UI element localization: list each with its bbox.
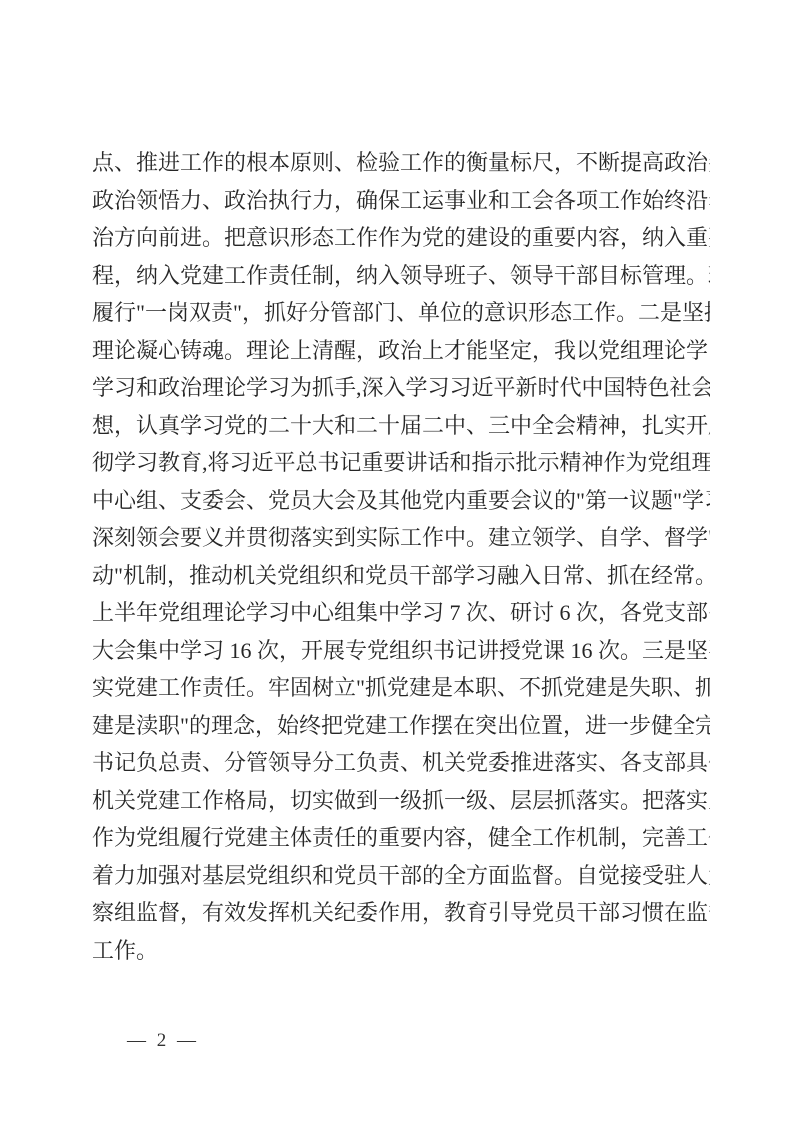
text-line: 书记负总责、分管领导分工负责、机关党委推进落实、各支部具体落实的 — [92, 744, 710, 782]
text-line: 动"机制，推动机关党组织和党员干部学习融入日常、抓在经常。2025 年 — [92, 557, 710, 595]
text-line: 理论凝心铸魂。理论上清醒，政治上才能坚定，我以党组理论学习中心组 — [92, 332, 710, 370]
text-line: 点、推进工作的根本原则、检验工作的衡量标尺，不断提高政治判断力、 — [92, 144, 710, 182]
text-line: 察组监督，有效发挥机关纪委作用，教育引导党员干部习惯在监督下开展 — [92, 894, 710, 932]
page-number: — 2 — — [127, 1026, 199, 1056]
text-line: 着力加强对基层党组织和党员干部的全方面监督。自觉接受驻人大纪检监 — [92, 857, 710, 895]
text-line: 建是渎职"的理念，始终把党建工作摆在突出位置，进一步健全完善党组 — [92, 707, 710, 745]
text-line: 治方向前进。把意识形态工作作为党的建设的重要内容，纳入重要议事日 — [92, 219, 710, 257]
body-text-block: 点、推进工作的根本原则、检验工作的衡量标尺，不断提高政治判断力、 政治领悟力、政… — [92, 144, 710, 969]
text-line: 实党建工作责任。牢固树立"抓党建是本职、不抓党建是失职、抓不好党 — [92, 669, 710, 707]
text-line: 学习和政治理论学习为抓手,深入学习习近平新时代中国特色社会主义思 — [92, 369, 710, 407]
text-line: 程，纳入党建工作责任制，纳入领导班子、领导干部目标管理。班子成员 — [92, 257, 710, 295]
text-line: 履行"一岗双责"，抓好分管部门、单位的意识形态工作。二是坚持用党的 — [92, 294, 710, 332]
text-line: 作为党组履行党建主体责任的重要内容，健全工作机制，完善工作制度， — [92, 819, 710, 857]
text-line: 彻学习教育,将习近平总书记重要讲话和指示批示精神作为党组理论学习 — [92, 444, 710, 482]
document-page: 点、推进工作的根本原则、检验工作的衡量标尺，不断提高政治判断力、 政治领悟力、政… — [0, 0, 793, 1122]
text-line: 想，认真学习党的二十大和二十届二中、三中全会精神，扎实开展深入贯 — [92, 407, 710, 445]
text-line: 大会集中学习 16 次，开展专党组织书记讲授党课 16 次。三是坚决压紧压 — [92, 632, 710, 670]
text-line: 上半年党组理论学习中心组集中学习 7 次、研讨 6 次，各党支部召开党员 — [92, 594, 710, 632]
text-line: 工作。 — [92, 932, 710, 970]
text-line: 中心组、支委会、党员大会及其他党内重要会议的"第一议题"学习内容， — [92, 482, 710, 520]
text-line: 机关党建工作格局，切实做到一级抓一级、层层抓落实。把落实监督责任 — [92, 782, 710, 820]
text-line: 政治领悟力、政治执行力，确保工运事业和工会各项工作始终沿着正确政 — [92, 182, 710, 220]
text-line: 深刻领会要义并贯彻落实到实际工作中。建立领学、自学、督学"三学联 — [92, 519, 710, 557]
